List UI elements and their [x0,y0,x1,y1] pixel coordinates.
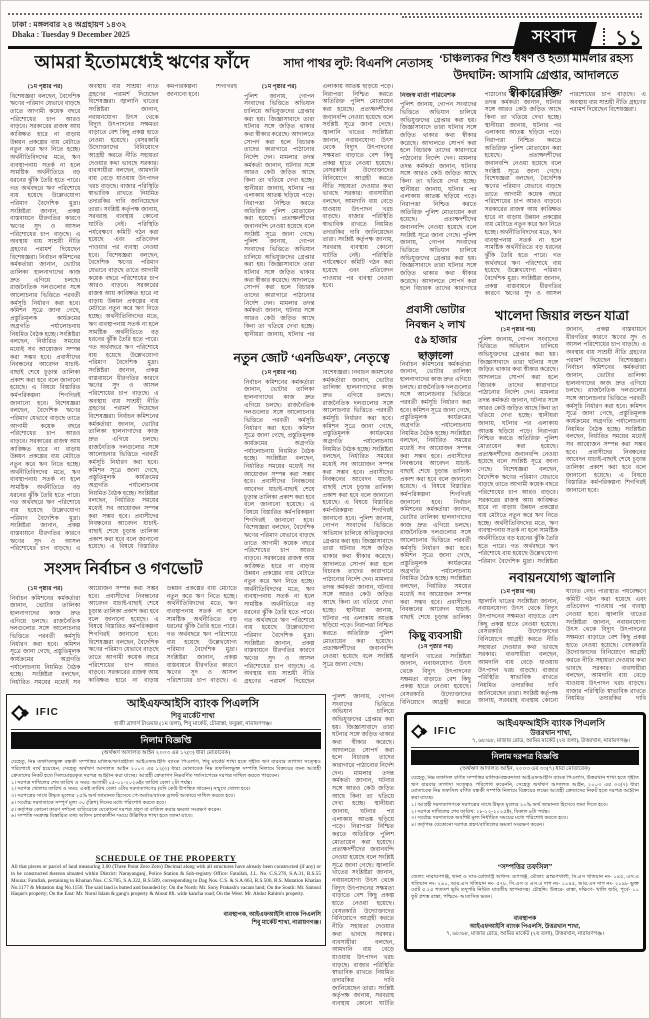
ad-notice-body: যেহেতু, নিম্ন তফসিল বর্ণিত সম্পত্তির মাল… [411,775,639,859]
continued-note: (১ম পৃষ্ঠার পর) [10,84,80,92]
continued-note: (১ম পৃষ্ঠার পর) [478,327,558,335]
continued-note: (১ম পৃষ্ঠার পর) [400,644,471,652]
top-dotted-rule [8,13,642,15]
headline-jalani: নবায়নযোগ্য জ্বালানি [478,569,646,590]
article-text: পুলিশ জানায়, গোপন সংবাদের ভিত্তিতে অভিয… [400,102,477,238]
ad-signature: ব্যবস্থাপক আইএফআইসি ব্যাংক পিএলসি, উত্তর… [411,916,639,939]
ad-notice-title: নিলাম বিজ্ঞপ্তি [11,732,321,749]
article-text: জ্বালানি খাতের সংশ্লিষ্টরা জানান, নবায়ন… [88,99,158,258]
ific-logo-icon [411,724,431,739]
headline-natun-jot: নতুন জোট ‘এনডিএফ’, নেতৃত্বে [230,350,393,370]
article-sada-columns: (১ম পৃষ্ঠার পর) পুলিশ জানায়, গোপন সংবাদ… [244,84,393,346]
article-text: পুলিশ জানায়, গোপন সংবাদের ভিত্তিতে অভিয… [244,94,315,238]
byline: নিজস্ব বার্তা পরিবেশক [400,92,477,100]
article-text: নির্বাচন কমিশনের কর্মকর্তারা জানান, ভোটা… [10,255,80,407]
ad-ific-auction-left: IFIC আইএফআইসি ব্যাংক পিএলসি শিবু মার্কেট… [6,694,326,946]
ad-signature-line1: ব্যবস্থাপক, আইএফআইসি ব্যাংক পিএলসি [11,912,321,920]
ad-schedule-title: SCHEDULE OF THE PROPERTY [11,853,321,863]
ad-branch-name: শিবু মার্কেট শাখা [65,712,321,721]
newspaper-page: ঢাকা : মঙ্গলবার ২৪ অগ্রহায়ণ ১৪৩২ Dhaka … [0,0,650,1019]
ad-ific-auction-right: IFIC আইএফআইসি ব্যাংক পিএলসি উত্তরখান শাখ… [404,712,646,952]
continued-note: (১ম পৃষ্ঠার পর) [400,352,471,360]
article-text: বিশেষজ্ঞরা বলছেন, বৈদেশিক ঋণের পরিমাণ যে… [88,253,158,420]
ad-bank-name: আইএফআইসি ব্যাংক পিএলসি [65,698,321,712]
bengali-date: ঢাকা : মঙ্গলবার ২৪ অগ্রহায়ণ ১৪৩২ [12,20,252,30]
continued-note: (১ম পৃষ্ঠার পর) [478,589,558,597]
english-date: Dhaka : Tuesday 9 December 2025 [12,30,252,40]
ad-branch-address: ৭, ৬৮/৬৮, মাজার রোড, আমির মার্কেট (২য় ত… [463,738,639,745]
ific-logo-text: IFIC [434,726,457,737]
ific-logo: IFIC [11,705,59,721]
ad-branch-name: উত্তরখান শাখা, [463,729,639,738]
article-natun-jot-columns: (১ম পৃষ্ঠার পর) নির্বাচন কমিশনের কর্মকর্… [244,370,393,688]
date-block: ঢাকা : মঙ্গলবার ২৪ অগ্রহায়ণ ১৪৩২ Dhaka … [12,20,252,40]
ad-signature-line3: ৭, ৬৮/৬৮, মাজার রোড, আমির মার্কেট (২য় ত… [411,931,639,938]
ad-bank-block: আইএফআইসি ব্যাংক পিএলসি শিবু মার্কেট শাখা… [65,698,321,727]
article-child-case-columns: নিজস্ব বার্তা পরিবেশক পুলিশ জানায়, গোপন… [400,92,646,300]
ad-signature: ব্যবস্থাপক, আইএফআইসি ব্যাংক পিএলসি শিবু … [11,912,321,928]
article-probashi-column: (১ম পৃষ্ঠার পর) নির্বাচন কমিশনের কর্মকর্… [400,352,471,627]
ific-logo: IFIC [411,724,457,739]
ad-signature-line2: শিবু মার্কেট শাখা, নারায়ণগঞ্জ। [11,920,321,928]
article-sangsad-columns: (১ম পৃষ্ঠার পর) নির্বাচন কমিশনের কর্মকর্… [10,586,237,690]
article-byabsayi-column: (১ম পৃষ্ঠার পর) জ্বালানি খাতের সংশ্লিষ্ট… [400,644,471,708]
article-text: বিশেষজ্ঞরা বলছেন, বৈদেশিক ঋণের পরিমাণ যে… [10,94,80,261]
ad-notice-title: নিলাম দরপত্র বিজ্ঞপ্তি [411,750,639,765]
ad-notice-body: যেহেতু, নিম্ন তফসিলভুক্ত বন্ধকী সম্পত্তি… [11,759,321,851]
article-jalani-columns: (১ম পৃষ্ঠার পর) জ্বালানি খাতের সংশ্লিষ্ট… [478,589,646,707]
article-text: নির্বাচন কমিশনের কর্মকর্তারা জানান, ভোটা… [566,365,646,494]
ific-logo-text: IFIC [36,707,59,718]
ad-notice-subtitle: (অর্থঋণ আদালত আইন, ২০০৩ এর ৩৩(৭) ধারা মো… [411,766,639,774]
ific-logo-icon [11,705,33,721]
article-middle-strip: পুলিশ জানায়, গোপন সংবাদের ভিত্তিতে অভিয… [332,694,394,1010]
article-text: পুলিশ জানায়, গোপন সংবাদের ভিত্তিতে অভিয… [478,337,558,473]
ad-signature-line1: ব্যবস্থাপক [411,916,639,924]
ad-bank-name: আইএফআইসি ব্যাংক পিএলসি [463,718,639,729]
article-khaleda-columns: (১ম পৃষ্ঠার পর) পুলিশ জানায়, গোপন সংবাদ… [478,327,646,567]
headline-khaleda: খালেদা জিয়ার লন্ডন যাত্রা [478,307,646,328]
article-text: পুলিশ জানায়, গোপন সংবাদের ভিত্তিতে অভিয… [332,694,394,869]
ad-branch-address: হাজী ব্রাদার্স টাওয়ার (১ম তলা), শিবু মা… [65,721,321,728]
ad-bank-block: আইএফআইসি ব্যাংক পিএলসি উত্তরখান শাখা, ৭,… [463,718,639,745]
ad-schedule-body: All that pieces or parcel of land measur… [11,864,321,910]
headline-sada-pathor: সাদা পাথর লুট: বিএনপি নেতাসহ [282,58,434,72]
ad-header: IFIC আইএফআইসি ব্যাংক পিএলসি শিবু মার্কেট… [11,698,321,730]
article-text: নির্বাচন কমিশনের কর্মকর্তারা জানান, ভোটা… [400,362,471,506]
headline-sangsad: সংসদ নির্বাচন ও গণভোট [10,556,237,583]
continued-note: (১ম পৃষ্ঠার পর) [10,586,80,594]
article-text: জ্বালানি খাতের সংশ্লিষ্টরা জানান, নবায়ন… [323,130,394,289]
article-text: নির্বাচন কমিশনের কর্মকর্তারা জানান, ভোটা… [244,380,315,524]
continued-note: (১ম পৃষ্ঠার পর) [244,370,315,378]
article-text: পুলিশ জানায়, গোপন সংবাদের ভিত্তিতে অভিয… [323,516,394,668]
article-debt-columns: (১ম পৃষ্ঠার পর) বিশেষজ্ঞরা বলছেন, বৈদেশি… [10,84,237,554]
ad-schedule-body: জেলা: নারায়ণগঞ্জ, থানা ও সাব-রেজিস্ট্রি… [411,874,639,914]
ad-header: IFIC আইএফআইসি ব্যাংক পিএলসি উত্তরখান শাখ… [411,718,639,748]
paper-name-box: সংবাদ [512,22,597,54]
headline-debt: আমরা ইতোমধ্যেই ঋণের ফাঁদে [10,52,274,73]
ad-notice-subtitle: (অর্থঋণ আদালত আইন ২০০৩ এর ১২(৩) ধারা মোত… [11,750,321,758]
header-rule [8,46,642,49]
ad-schedule-title: “সম্পত্তির তফসিল” [411,861,639,873]
article-text: নির্বাচন কমিশনের কর্মকর্তারা জানান, ভোটা… [323,370,394,522]
continued-note: (১ম পৃষ্ঠার পর) [244,84,315,92]
article-text: জ্বালানি খাতের সংশ্লিষ্টরা জানান, নবায়ন… [400,644,471,706]
